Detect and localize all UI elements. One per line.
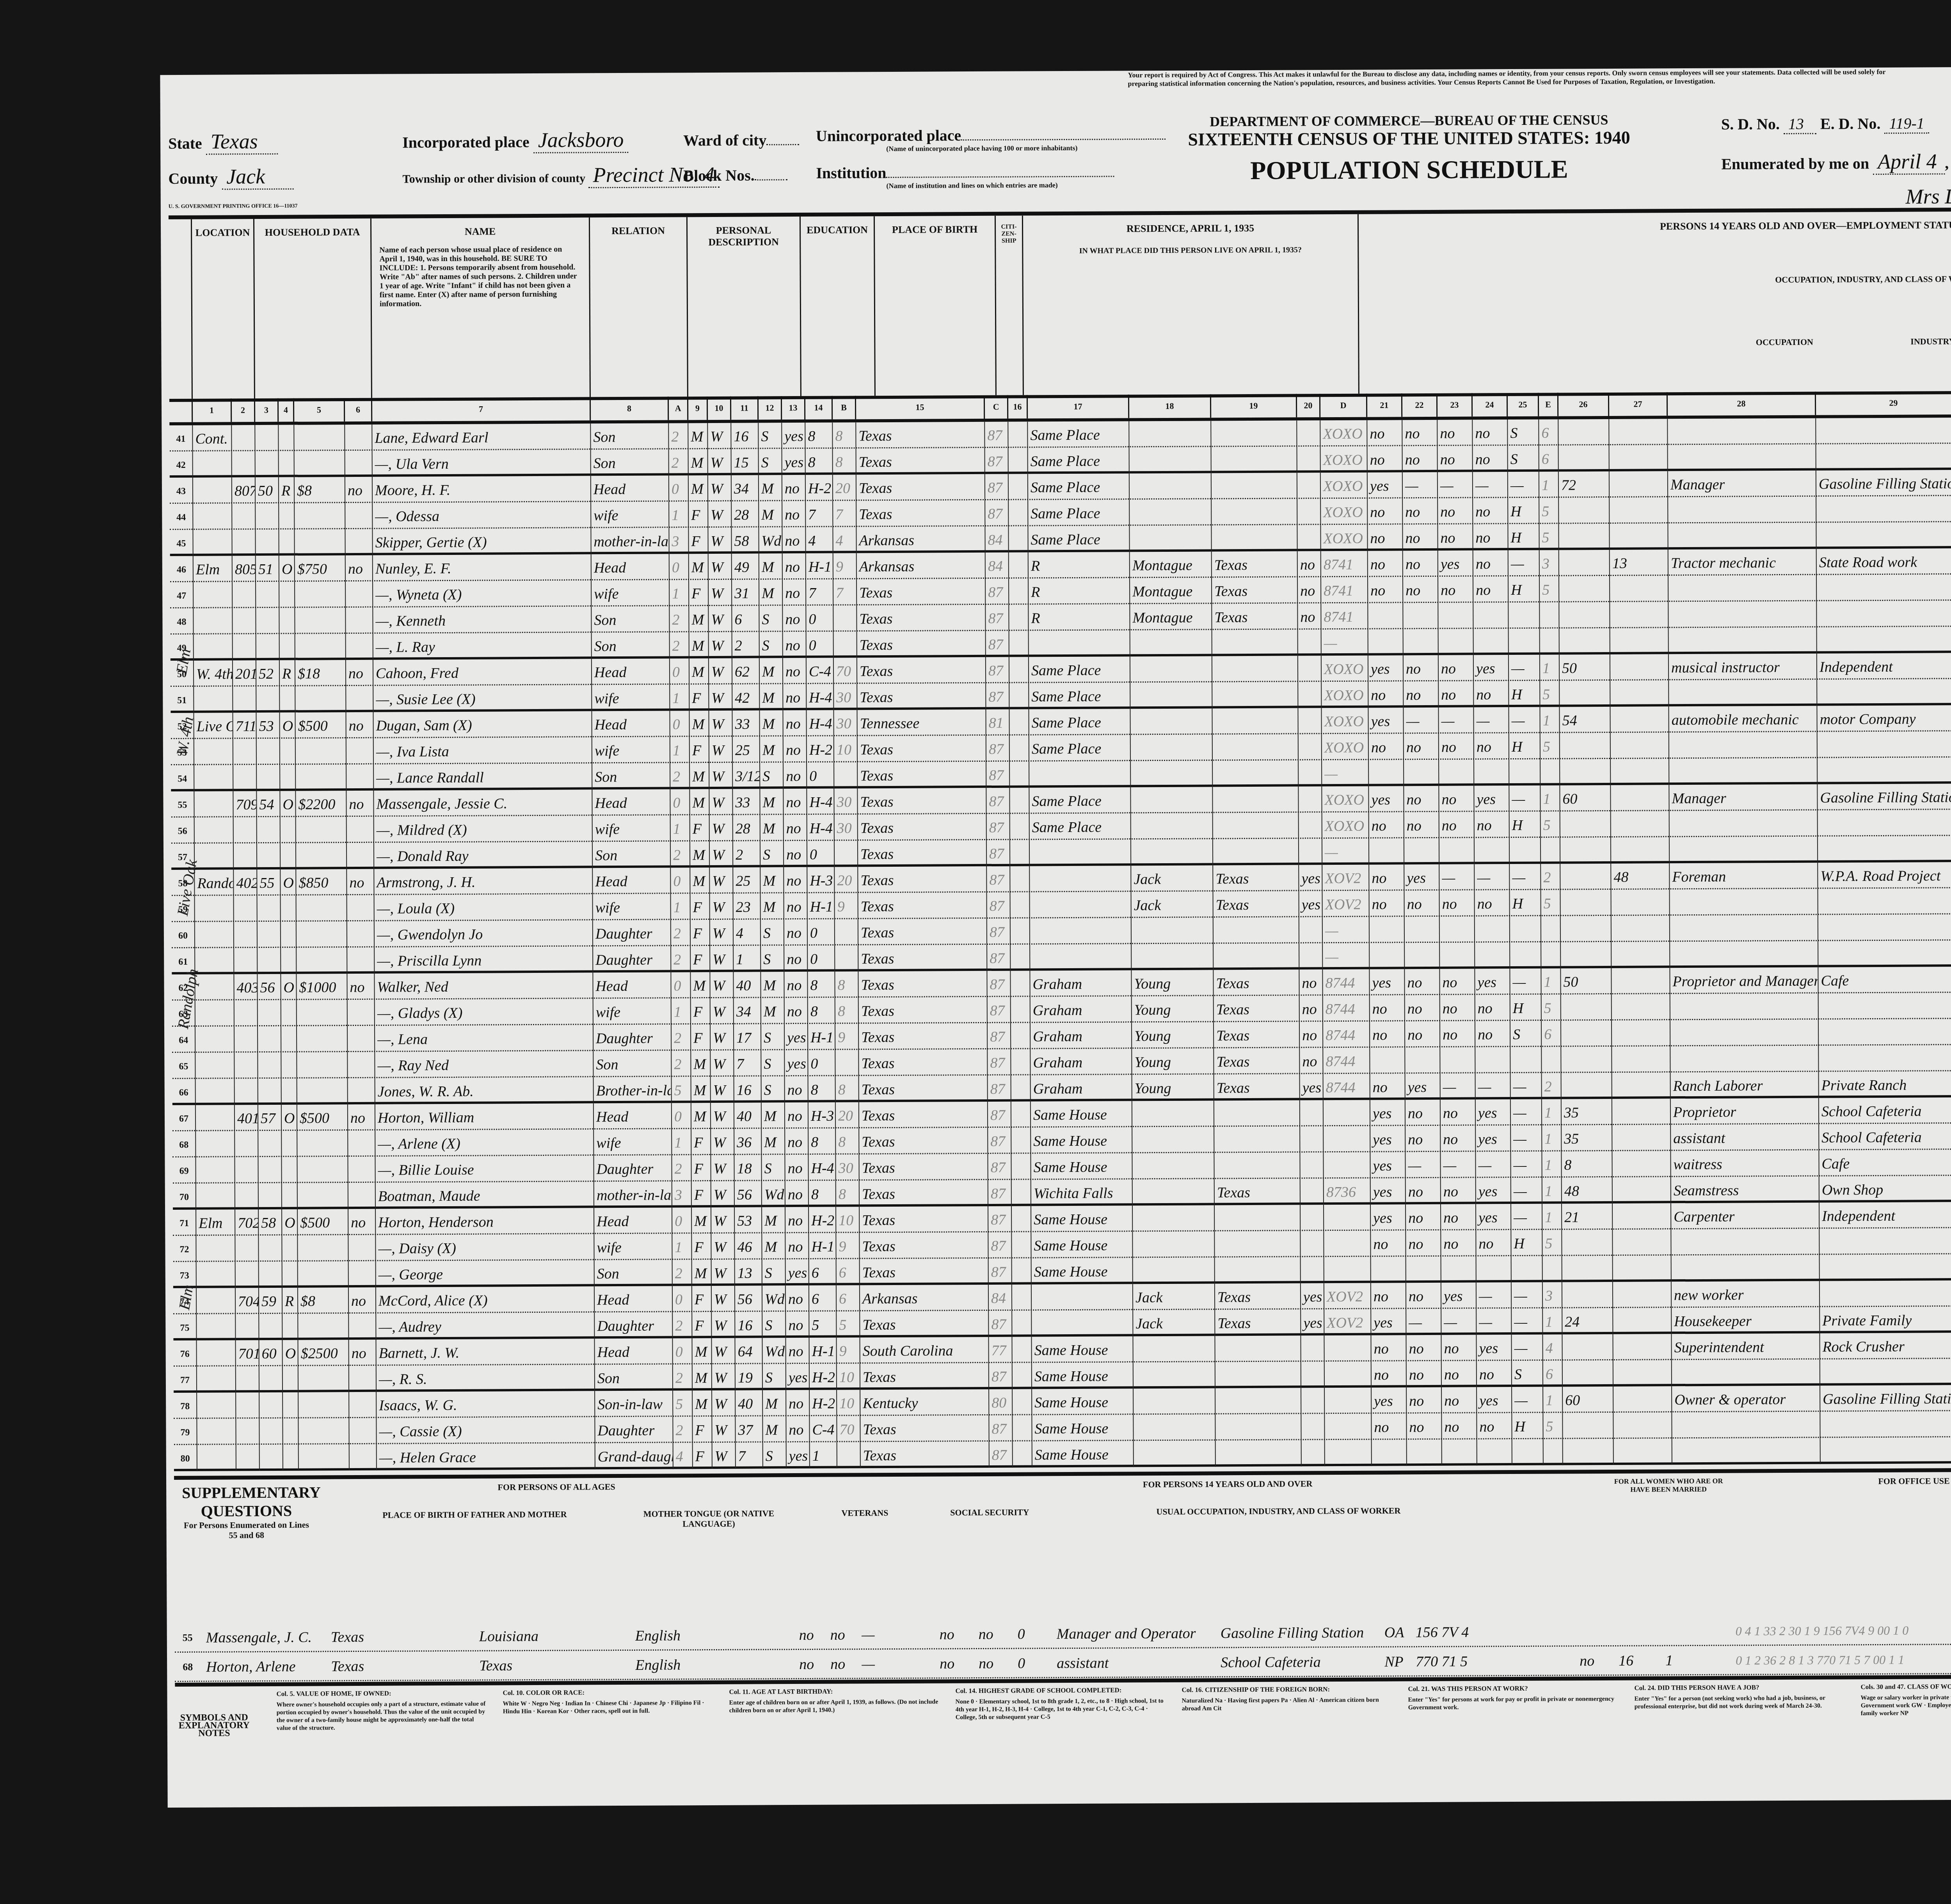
cell-relation: Head: [592, 658, 670, 685]
cell-school: yes: [786, 1364, 810, 1390]
cell-hh: [257, 765, 280, 791]
institution-label: Institution: [816, 164, 886, 182]
cell-street: [194, 739, 233, 765]
cell-tenure: O: [280, 713, 295, 739]
cell-grade: C-4: [807, 658, 834, 684]
cell-grade: H-1: [806, 553, 833, 580]
cell-res-city: Same Place: [1029, 683, 1130, 709]
cell-res-state: [1212, 629, 1298, 656]
cell-code-e: 6: [1542, 1021, 1561, 1047]
cell-age: 15: [732, 449, 759, 475]
cell-line: 42: [170, 452, 193, 478]
cell-code-e: [1540, 603, 1559, 629]
person-name: —, Priscilla Lynn: [375, 946, 593, 973]
cell-weeks-unemp: [1613, 1334, 1672, 1360]
cell-citizen: [1012, 1232, 1031, 1258]
cell-grade: H-3: [807, 867, 835, 893]
cell-res-city: R: [1029, 604, 1130, 631]
cell-c21: no: [1369, 864, 1404, 891]
cell-school: no: [785, 1181, 809, 1207]
cell-c23: no: [1442, 1413, 1477, 1439]
cell-sex: F: [692, 1312, 712, 1338]
cell-grade: H-4: [807, 684, 834, 710]
cell-res-county: Montague: [1130, 578, 1212, 604]
cell-code-d: —: [1322, 839, 1369, 865]
cell-hours: [1562, 1256, 1613, 1282]
cell-grade: H-1: [808, 893, 835, 919]
cell-c24: no: [1475, 995, 1510, 1021]
cell-code-a: 2: [669, 449, 689, 475]
cell-line: 48: [170, 608, 194, 635]
cell-code-b: 8: [836, 1128, 859, 1154]
cell-c24: yes: [1474, 786, 1509, 812]
cell-street: [195, 974, 234, 1000]
cell-farm: [345, 425, 372, 451]
cell-street: [197, 1340, 236, 1366]
cell-sex: M: [692, 1260, 712, 1286]
cell-tenure: [283, 1392, 299, 1419]
cell-sex: F: [689, 684, 709, 711]
cell-c24: no: [1477, 1413, 1512, 1439]
cell-sex: F: [693, 1417, 712, 1443]
cell-race: W: [712, 1312, 735, 1338]
block-field: Block Nos.: [683, 166, 787, 185]
column-number: 24: [1473, 393, 1508, 416]
cell-value: [296, 738, 346, 765]
given-name: Fred: [430, 665, 458, 681]
cell-school: no: [784, 867, 807, 893]
given-name: W. G.: [424, 1397, 457, 1413]
cell-grade: 0: [807, 841, 835, 867]
cell-house: [236, 1366, 259, 1392]
cell-grade: H-1: [809, 1338, 837, 1364]
cell-marital: S: [759, 606, 783, 632]
cell-code-a: 5: [673, 1390, 693, 1417]
cell-c23: [1439, 838, 1475, 864]
cell-race: W: [710, 946, 734, 972]
cell-house: [234, 922, 258, 948]
given-name: J. W.: [431, 1345, 460, 1361]
cell-c23: [1442, 1439, 1477, 1465]
cell-code-c: 87: [988, 1180, 1012, 1206]
cell-weeks-unemp: [1611, 732, 1669, 759]
cell-age: 4: [734, 919, 761, 946]
cell-house: 704: [236, 1288, 259, 1314]
cell-sex: F: [691, 946, 710, 972]
cell-code-a: 5: [672, 1077, 691, 1103]
cell-farm: [346, 608, 373, 634]
cell-industry: State Road work: [1817, 548, 1951, 575]
cell-citizen: [1011, 1075, 1031, 1101]
cell-house: [233, 739, 257, 765]
cell-code-c: 87: [987, 919, 1011, 945]
cell-grade: H-2: [806, 475, 833, 501]
cell-code-a: 0: [670, 554, 689, 580]
cell-c21: yes: [1370, 1126, 1406, 1152]
cell-code-a: 2: [671, 841, 690, 868]
cell-birthplace: Texas: [856, 500, 985, 527]
cell-code-d: —: [1323, 917, 1370, 944]
population-table: LOCATION HOUSEHOLD DATA NAMEName of each…: [169, 206, 1951, 1480]
cell-c22: no: [1403, 446, 1438, 472]
cell-res-city: Same House: [1032, 1415, 1134, 1441]
cell-house: [233, 686, 256, 713]
given-name: Henderson: [428, 1214, 494, 1230]
cell-occupation: [1670, 811, 1818, 837]
census-title: SIXTEENTH CENSUS OF THE UNITED STATES: 1…: [1136, 127, 1682, 150]
cell-res-farm: [1301, 1257, 1324, 1283]
cell-res-state: Texas: [1214, 996, 1300, 1022]
cell-sex: F: [693, 1443, 713, 1469]
cell-code-c: 87: [989, 1363, 1013, 1389]
cell-c21: [1368, 603, 1403, 629]
cell-marital: S: [762, 1155, 785, 1181]
cell-c24: no: [1473, 550, 1509, 576]
cell-race: W: [712, 1286, 735, 1312]
cell-citizen: [1012, 1258, 1032, 1284]
cell-c24: no: [1476, 1230, 1511, 1256]
cell-c24: no: [1475, 890, 1510, 916]
person-name: —, Kenneth: [373, 606, 592, 633]
cell-weeks-unemp: 48: [1611, 863, 1670, 890]
column-number: 6: [345, 398, 372, 421]
cell-code-d: XOXO: [1322, 786, 1369, 813]
cell-hh: [259, 1183, 282, 1209]
cell-c21: no: [1369, 734, 1404, 760]
cell-industry: Private Family: [1820, 1307, 1951, 1333]
cell-age: 1: [734, 946, 761, 972]
cell-school: no: [784, 815, 807, 841]
cell-marital: Wd: [759, 527, 782, 553]
cell-code-d: XOXO: [1320, 420, 1367, 447]
cell-c21: no: [1370, 1074, 1406, 1100]
cell-c21: yes: [1370, 1152, 1406, 1178]
institution-note: (Name of institution and lines on which …: [887, 181, 1114, 190]
cell-code-a: 2: [671, 920, 691, 946]
given-name: Kenneth: [396, 613, 446, 629]
header-education: EDUCATION: [801, 216, 876, 396]
cell-code-c: 87: [986, 736, 1010, 762]
cell-occupation: [1672, 1360, 1820, 1387]
supp-cell-c44: 0: [1018, 1620, 1049, 1648]
cell-race: W: [709, 580, 732, 606]
supp-cell-c49: [1619, 1618, 1665, 1645]
cell-hours: [1560, 759, 1611, 786]
cell-grade: H-4: [807, 710, 834, 736]
cell-hh: [258, 1079, 282, 1105]
supp-cell-mother: Texas: [479, 1652, 627, 1680]
cell-code-d: [1324, 1257, 1371, 1284]
cell-c22: no: [1403, 498, 1438, 524]
cell-house: [234, 817, 257, 843]
cell-line: 72: [173, 1236, 196, 1262]
person-name: Walker, Ned: [375, 972, 593, 999]
cell-age: 23: [734, 893, 761, 919]
cell-relation: Daughter: [593, 946, 671, 972]
cell-marital: Wd: [762, 1338, 786, 1364]
given-name: Ray Ned: [398, 1057, 449, 1074]
cell-street: [197, 1392, 236, 1419]
cell-citizen: [1009, 526, 1028, 552]
cell-c23: [1440, 942, 1475, 969]
surname: —: [379, 1450, 393, 1466]
explanatory-note: Col. 5. VALUE OF HOME, IF OWNED:Where ow…: [276, 1689, 487, 1732]
cell-marital: M: [762, 1233, 785, 1259]
cell-birthplace: Texas: [860, 1180, 988, 1207]
cell-industry: [1816, 418, 1951, 444]
cell-race: W: [711, 1077, 734, 1103]
cell-value: [297, 1026, 348, 1052]
cell-c25: S: [1512, 1361, 1543, 1387]
cell-sex: F: [691, 1155, 711, 1181]
cell-school: no: [785, 1102, 808, 1129]
cell-relation: Son: [595, 1364, 673, 1391]
cell-c25: —: [1511, 1178, 1542, 1204]
given-name: R. S.: [400, 1371, 427, 1387]
cell-c24: yes: [1476, 1099, 1511, 1125]
cell-grade: 4: [806, 527, 833, 553]
cell-marital: M: [762, 1102, 785, 1129]
cell-c22: no: [1404, 786, 1439, 812]
cell-c23: [1439, 759, 1474, 786]
supp-cell-c42: no: [940, 1621, 979, 1648]
cell-farm: no: [348, 1104, 375, 1131]
cell-code-c: 87: [990, 1442, 1013, 1468]
cell-c23: no: [1441, 1335, 1477, 1361]
cell-res-city: R: [1029, 552, 1130, 578]
cell-c24: yes: [1477, 1387, 1512, 1413]
cell-c23: —: [1441, 1073, 1476, 1099]
cell-code-e: 1: [1541, 786, 1560, 812]
cell-birthplace: Texas: [860, 1415, 989, 1442]
surname: Dugan: [376, 717, 417, 734]
surname: —: [375, 613, 389, 629]
cell-age: 56: [735, 1181, 762, 1207]
cell-res-city: Same House: [1031, 1127, 1132, 1154]
cell-relation: Daughter: [594, 1155, 672, 1182]
given-name: Gertie (X): [426, 534, 487, 551]
cell-farm: [345, 503, 373, 529]
cell-tenure: O: [280, 791, 296, 817]
cell-c24: no: [1475, 1021, 1510, 1047]
cell-value: [296, 843, 347, 869]
cell-race: W: [710, 972, 734, 998]
given-name: Susie Lee (X): [396, 691, 476, 708]
cell-age: 33: [732, 710, 760, 736]
supplementary-title: SUPPLEMENTARY QUESTIONS For Persons Enum…: [182, 1483, 311, 1541]
cell-res-city: [1030, 839, 1131, 866]
cell-code-e: 1: [1540, 707, 1560, 733]
cell-c25: H: [1508, 498, 1539, 524]
note-text: Enter "Yes" for a person (not seeking wo…: [1634, 1694, 1845, 1710]
cell-tenure: [283, 1445, 299, 1471]
cell-c21: [1368, 629, 1404, 655]
cell-c25: —: [1508, 472, 1539, 498]
note-heading: Cols. 30 and 47. CLASS OF WORKER:: [1860, 1682, 1951, 1691]
cell-c21: yes: [1372, 1387, 1407, 1413]
cell-age: 40: [734, 972, 761, 998]
cell-code-a: 2: [673, 1364, 693, 1390]
cell-race: W: [709, 789, 733, 815]
cell-code-a: 4: [673, 1443, 693, 1469]
cell-c25: S: [1508, 446, 1539, 472]
cell-code-e: 2: [1541, 864, 1560, 890]
cell-hh: [256, 634, 280, 660]
cell-line: 80: [174, 1445, 197, 1471]
person-name: —, Cassie (X): [377, 1417, 595, 1444]
cell-marital: M: [760, 736, 784, 763]
cell-school: no: [782, 475, 806, 501]
cell-sex: M: [690, 789, 709, 815]
cell-c25: [1509, 759, 1541, 786]
cell-occupation: [1669, 628, 1817, 654]
cell-code-b: 7: [833, 579, 857, 605]
cell-res-city: [1032, 1284, 1133, 1310]
cell-race: W: [709, 684, 732, 711]
cell-school: no: [785, 1076, 808, 1102]
cell-c24: yes: [1477, 1335, 1512, 1361]
given-name: Donald Ray: [397, 848, 469, 865]
cell-grade: 7: [806, 501, 833, 527]
cell-occupation: [1668, 497, 1816, 524]
cell-age: 46: [735, 1233, 762, 1259]
cell-birthplace: Texas: [860, 1259, 989, 1285]
cell-c21: [1370, 917, 1405, 943]
cell-tenure: [283, 1419, 299, 1445]
cell-house: 711: [233, 713, 256, 739]
surname: —: [378, 1136, 391, 1152]
cell-c23: no: [1441, 1178, 1476, 1204]
cell-res-farm: [1299, 943, 1323, 969]
cell-age: 62: [732, 658, 760, 684]
cell-code-c: 87: [988, 1154, 1011, 1180]
cell-c22: no: [1406, 1335, 1441, 1361]
cell-relation: Head: [592, 711, 670, 737]
cell-tenure: O: [283, 1340, 298, 1366]
cell-value: [297, 1131, 348, 1157]
cell-weeks-unemp: [1613, 1308, 1672, 1334]
cell-code-b: 7: [833, 501, 856, 527]
cell-occupation: Foreman: [1670, 863, 1818, 890]
cell-hours: [1559, 524, 1610, 550]
cell-marital: M: [760, 684, 783, 710]
person-name: Barnett, J. W.: [376, 1339, 595, 1365]
cell-sex: M: [691, 1103, 711, 1129]
cell-hours: [1560, 864, 1611, 890]
cell-hh: 60: [259, 1340, 283, 1366]
cell-res-farm: [1299, 760, 1322, 786]
cell-c22: [1404, 760, 1439, 786]
cell-marital: M: [761, 893, 784, 919]
cell-res-state: [1212, 473, 1297, 499]
cell-c25: —: [1509, 786, 1541, 812]
cell-code-d: 8741: [1321, 577, 1368, 604]
cell-sex: F: [692, 1181, 711, 1207]
cell-code-e: [1540, 629, 1560, 655]
cell-house: [236, 1419, 259, 1445]
cell-res-state: [1215, 1335, 1301, 1362]
supp-cell-name: Massengale, J. C.: [206, 1623, 331, 1651]
cell-code-d: XOXO: [1322, 682, 1368, 708]
cell-c25: H: [1510, 890, 1541, 916]
cell-code-d: 8744: [1323, 996, 1370, 1022]
cell-c25: [1510, 916, 1541, 942]
cell-weeks-unemp: [1612, 1046, 1670, 1073]
cell-res-county: [1134, 1388, 1215, 1415]
cell-relation: Son: [592, 763, 670, 789]
cell-age: 40: [734, 1102, 762, 1129]
cell-age: 33: [733, 789, 760, 815]
cell-school: no: [784, 763, 807, 789]
incorporated-place-field: Incorporated place Jacksboro: [402, 128, 629, 154]
cell-weeks-unemp: 13: [1610, 549, 1668, 576]
person-name: Nunley, E. F.: [373, 554, 592, 581]
cell-farm: [348, 1026, 375, 1052]
cell-school: no: [785, 1155, 808, 1181]
given-name: William: [428, 1109, 474, 1126]
cell-hours: 48: [1562, 1177, 1613, 1204]
cell-grade: 8: [808, 1076, 836, 1102]
cell-code-c: 81: [986, 709, 1009, 736]
column-number: 21: [1367, 393, 1402, 417]
cell-value: $500: [297, 1104, 348, 1131]
cell-value: [295, 581, 346, 608]
cell-occupation: Proprietor: [1671, 1098, 1819, 1125]
cell-grade: 8: [808, 972, 835, 998]
cell-race: W: [712, 1390, 736, 1417]
cell-citizen: [1011, 971, 1030, 997]
given-name: Lance Randall: [397, 770, 484, 786]
cell-relation: Son: [592, 606, 670, 633]
cell-weeks-unemp: [1609, 419, 1668, 445]
cell-res-farm: [1299, 839, 1322, 865]
surname: —: [377, 901, 390, 917]
cell-citizen: [1011, 1127, 1031, 1154]
cell-res-county: [1131, 813, 1213, 839]
cell-hh: [259, 1236, 282, 1262]
cell-c22: no: [1405, 995, 1440, 1021]
cell-birthplace: Texas: [858, 971, 987, 997]
cell-farm: [347, 921, 375, 948]
cell-occupation: Ranch Laborer: [1671, 1072, 1819, 1099]
cell-c24: [1477, 1256, 1512, 1282]
cell-res-city: Same Place: [1028, 421, 1129, 448]
cell-c21: no: [1369, 891, 1404, 917]
cell-c21: yes: [1369, 786, 1404, 812]
cell-occupation: Owner & operator: [1672, 1386, 1820, 1413]
cell-school: no: [785, 1207, 809, 1233]
cell-grade: 5: [809, 1312, 837, 1338]
cell-citizen: [1013, 1441, 1032, 1467]
cell-hours: [1562, 1073, 1612, 1099]
cell-code-d: XOV2: [1322, 891, 1369, 917]
supp-cell-usual-industry: School Cafeteria: [1221, 1648, 1384, 1676]
cell-c25: —: [1510, 969, 1541, 995]
cell-occupation: musical instructor: [1669, 654, 1817, 681]
cell-c24: yes: [1476, 1178, 1511, 1204]
cell-school: no: [784, 972, 808, 998]
cell-weeks-unemp: [1611, 785, 1669, 811]
cell-res-city: Same Place: [1029, 656, 1130, 683]
cell-industry: Own Shop: [1820, 1176, 1951, 1203]
cell-code-c: 87: [986, 631, 1009, 657]
cell-c22: no: [1404, 681, 1439, 708]
cell-relation: Head: [592, 789, 670, 816]
cell-c22: [1403, 603, 1438, 629]
cell-res-county: [1131, 734, 1213, 761]
given-name: Arlene (X): [398, 1136, 460, 1152]
cell-hh: 57: [258, 1105, 282, 1131]
